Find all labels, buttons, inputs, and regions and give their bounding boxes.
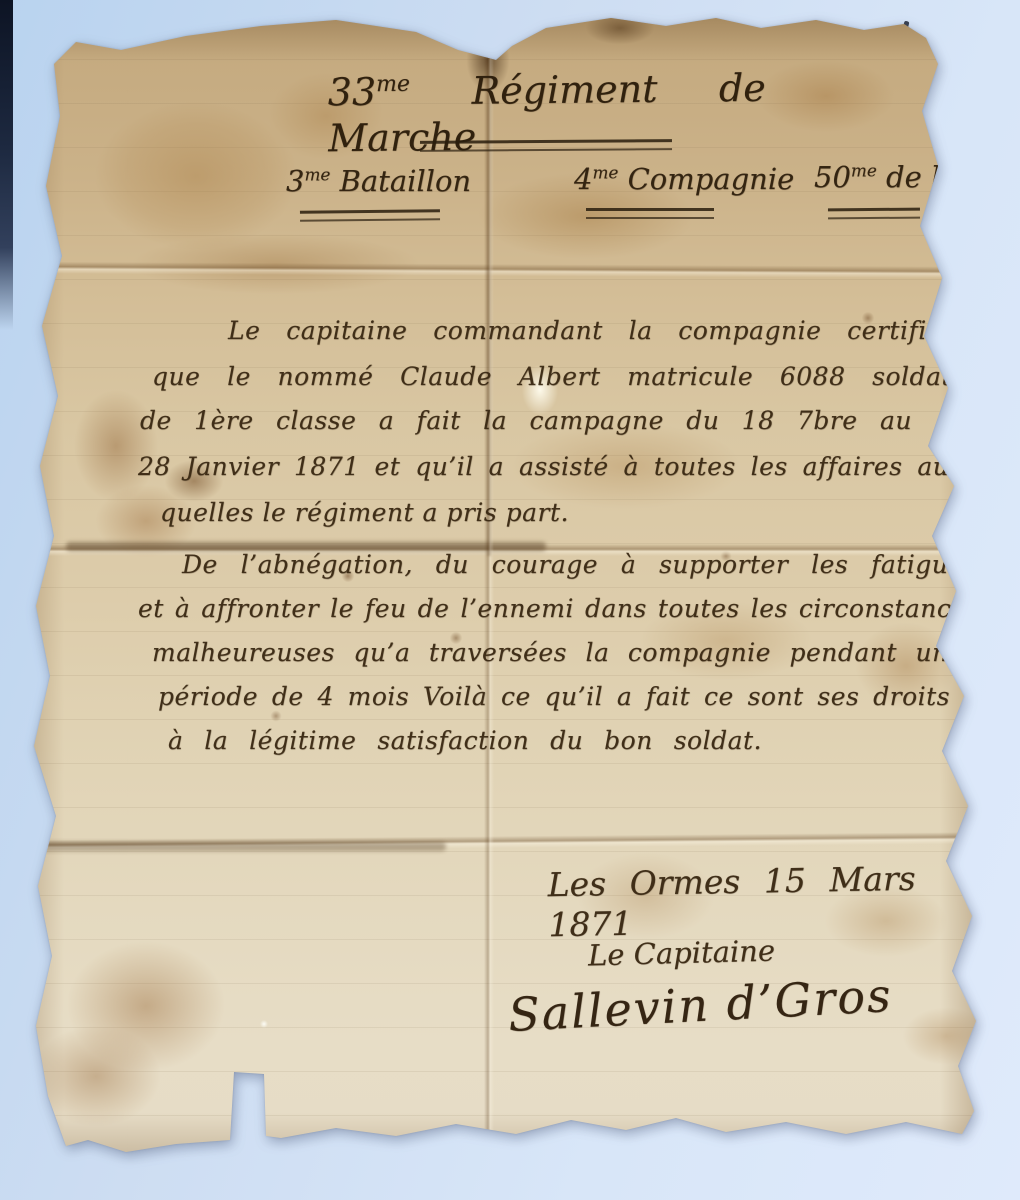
unit-compagnie-number: 4 bbox=[574, 162, 592, 196]
letter-line-5: quelles le régiment a pris part. bbox=[160, 498, 569, 528]
letter-line-6: De l’abnégation, du courage à supporter … bbox=[182, 550, 977, 580]
letter-line-2: que le nommé Claude Albert matricule 608… bbox=[152, 362, 952, 392]
paper-shadow-wrap: 33me Régiment de Marche 3me Bataillon 4m… bbox=[26, 16, 978, 1158]
unit-ligne-ordinal: me bbox=[851, 160, 877, 180]
unit-ligne-name: de ligne bbox=[886, 160, 1004, 194]
unit-bataillon-name: Bataillon bbox=[340, 164, 472, 198]
letter-line-10: à la légitime satisfaction du bon soldat… bbox=[168, 726, 762, 756]
regiment-ordinal: me bbox=[376, 72, 410, 97]
fold-line-horizontal-1 bbox=[26, 262, 978, 279]
unit-compagnie: 4me Compagnie bbox=[574, 162, 794, 197]
letter-line-1: Le capitaine commandant la compagnie cer… bbox=[228, 316, 942, 346]
compagnie-underline bbox=[586, 208, 714, 219]
letter-line-4: 28 Janvier 1871 et qu’il a assisté à tou… bbox=[138, 452, 964, 482]
letter-line-9: période de 4 mois Voilà ce qu’il a fait … bbox=[158, 682, 950, 712]
bataillon-underline bbox=[300, 209, 440, 221]
letter-line-8: malheureuses qu’a traversées la compagni… bbox=[152, 638, 964, 668]
unit-bataillon-number: 3 bbox=[286, 164, 304, 198]
photo-backdrop: { "document": { "header": { "regiment_nu… bbox=[0, 0, 1020, 1200]
unit-bataillon-ordinal: me bbox=[304, 164, 330, 184]
title-underline bbox=[420, 139, 672, 152]
fold-stain-smear-3 bbox=[36, 842, 446, 851]
regiment-number: 33 bbox=[328, 70, 377, 115]
captain-signature: Sallevin d’Gros bbox=[507, 968, 894, 1043]
letter-line-3: de 1ère classe a fait la campagne du 18 … bbox=[140, 406, 912, 436]
letter-line-7: et à affronter le feu de l’ennemi dans t… bbox=[138, 594, 980, 624]
unit-compagnie-name: Compagnie bbox=[628, 162, 795, 196]
signoff-line: Le Capitaine bbox=[588, 934, 776, 974]
document-paper: 33me Régiment de Marche 3me Bataillon 4m… bbox=[26, 16, 978, 1158]
unit-ligne: 50me de ligne bbox=[814, 160, 1004, 195]
frame-edge-strip bbox=[0, 0, 13, 330]
place-date-line: Les Ormes 15 Mars 1871 bbox=[547, 859, 916, 945]
unit-bataillon: 3me Bataillon bbox=[286, 164, 471, 199]
unit-compagnie-ordinal: me bbox=[592, 162, 618, 182]
unit-ligne-number: 50 bbox=[814, 160, 851, 194]
ligne-underline bbox=[828, 208, 920, 220]
